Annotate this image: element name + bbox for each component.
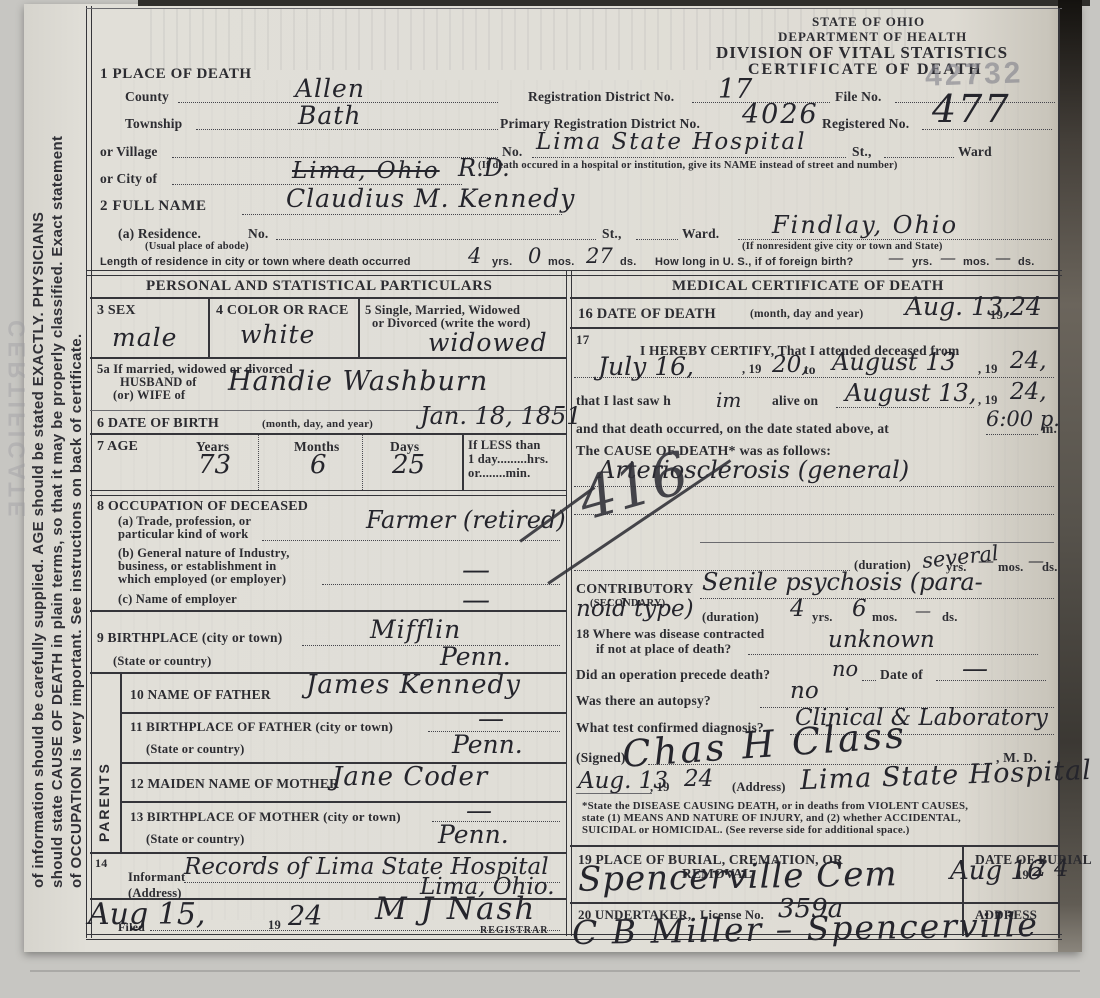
rule [276, 239, 596, 240]
mother-name-label: 12 MAIDEN NAME OF MOTHER [130, 776, 339, 792]
rule [748, 654, 1038, 655]
time-m-label: m. [1042, 421, 1057, 437]
rule [738, 239, 1052, 240]
hospital-note: (If death occured in a hospital or insti… [478, 160, 898, 171]
father-name-value: James Kennedy [306, 672, 521, 698]
us-yrs-label: yrs. [912, 256, 932, 268]
residence-value: Findlay, Ohio [772, 213, 958, 237]
father-birthplace-label: 11 BIRTHPLACE OF FATHER (city or town) [130, 719, 393, 735]
rule [532, 157, 846, 158]
margin-instruction-3: of OCCUPATION is very important. See ins… [68, 333, 85, 888]
rule [836, 407, 974, 408]
contrib-ds-label: ds. [942, 610, 958, 625]
nonresident-note: (If nonresident give city or town and St… [742, 241, 943, 252]
duration-ds-label: ds. [1042, 560, 1058, 575]
last-saw-label: that I last saw h [576, 393, 671, 409]
duration-mos-dash: — [978, 553, 994, 569]
age-months-value: 6 [310, 452, 327, 478]
age-less-label-1: If LESS than [468, 438, 541, 453]
form-left-border [86, 6, 92, 938]
rule [90, 357, 566, 359]
primary-district-value: 4026 [742, 101, 819, 128]
contrib-ds-dash: — [915, 603, 931, 619]
length-ds-value: 27 [586, 246, 613, 267]
full-name-label: 2 FULL NAME [100, 198, 207, 215]
duration-mos-label: mos. [998, 560, 1023, 575]
city-value-struck: Lima, Ohio [292, 160, 440, 183]
father-birthplace-value: — [478, 706, 504, 732]
residence-no-label: No. [248, 226, 268, 242]
birthplace-state-value: Penn. [440, 644, 511, 669]
rule [936, 680, 1046, 681]
cell-divider [258, 435, 259, 490]
rule [120, 801, 566, 803]
dod-year-printed: 19 [990, 308, 1003, 323]
rule [302, 645, 560, 646]
contracted-value: unknown [828, 629, 935, 652]
cell-divider [362, 435, 363, 490]
length-yrs-value: 4 [468, 246, 481, 267]
institution-value: Lima State Hospital [536, 131, 806, 154]
contrib-yrs-label: yrs. [812, 610, 833, 625]
registered-no-label: Registered No. [822, 116, 909, 132]
contributory-value-2: noid type) [576, 598, 694, 621]
birthplace-label: 9 BIRTHPLACE (city or town) [97, 630, 282, 646]
ds-label: ds. [620, 256, 637, 268]
us-mos-dash: — [940, 250, 956, 266]
filed-year-printed: 19 [268, 918, 281, 933]
township-value: Bath [298, 103, 361, 128]
occupation-b-label-3: which employed (or employer) [118, 572, 286, 587]
rule [576, 793, 652, 794]
place-of-death-title: 1 PLACE OF DEATH [100, 66, 252, 83]
scan-top-edge [138, 0, 1090, 6]
spouse-label-3: (or) WIFE of [113, 388, 185, 403]
registration-district-label: Registration District No. [528, 89, 674, 105]
him-value: im [716, 390, 741, 410]
rule [986, 434, 1038, 435]
village-label: or Village [100, 144, 158, 160]
contributory-value-1: Senile psychosis (para- [702, 570, 983, 594]
marital-value: widowed [428, 330, 548, 355]
operation-label: Did an operation precede death? [576, 667, 770, 683]
residence-st-label: St., [602, 226, 622, 242]
rule [636, 239, 678, 240]
rule [242, 214, 562, 215]
dob-value: Jan. 18, 1851 [420, 404, 582, 428]
yrs-label: yrs. [492, 256, 512, 268]
autopsy-label: Was there an autopsy? [576, 693, 711, 709]
registrar-signature: M J Nash [375, 894, 536, 925]
father-state-label: (State or country) [146, 742, 245, 757]
age-years-value: 73 [198, 452, 231, 478]
city-label: or City of [100, 171, 157, 187]
operation-date-value: — [962, 656, 988, 682]
signed-address-label: (Address) [732, 780, 786, 795]
operation-date-label: Date of [880, 667, 923, 683]
certify-number: 17 [576, 332, 589, 348]
rule [884, 157, 954, 158]
mother-name-value: Jane Coder [332, 764, 488, 790]
occupation-a-label-2: particular kind of work [118, 527, 248, 542]
county-label: County [125, 89, 169, 105]
father-name-label: 10 NAME OF FATHER [130, 687, 271, 703]
attended-from-date: July 16, [598, 354, 694, 379]
from-year-printed: , 19 [742, 362, 762, 377]
mos-label: mos. [548, 256, 574, 268]
saw-year-printed: , 19 [978, 393, 998, 408]
length-mos-value: 0 [528, 246, 541, 267]
form-top-border [86, 8, 1062, 9]
operation-value: no [832, 659, 858, 680]
city-rd-value: R.D. [458, 156, 510, 180]
occupation-b-value: — [462, 556, 490, 584]
township-label: Township [125, 116, 182, 132]
last-saw-date: August 13, [845, 381, 976, 405]
mother-birthplace-label: 13 BIRTHPLACE OF MOTHER (city or town) [130, 809, 401, 825]
medical-header: MEDICAL CERTIFICATE OF DEATH [672, 278, 944, 295]
footnote-line-1: *State the DISEASE CAUSING DEATH, or in … [582, 800, 968, 812]
contrib-mos-value: 6 [852, 598, 867, 621]
burial-place-value: Spencerville Cem [578, 857, 898, 897]
page-edge-shadow [1058, 0, 1082, 952]
death-certificate-scan: of information should be carefully suppl… [0, 0, 1100, 998]
rule [262, 540, 560, 541]
rule [322, 584, 560, 585]
informant-label: Informant [128, 870, 185, 885]
saw-year-value: 24, [1010, 381, 1047, 404]
residence-label: (a) Residence. [118, 226, 201, 242]
full-name-value: Claudius M. Kennedy [286, 186, 575, 211]
ward-label: Ward [958, 144, 992, 160]
us-ds-dash: — [995, 250, 1011, 266]
rule [90, 490, 566, 496]
footnote-line-3: SUICIDAL or HOMICIDAL. (See reverse side… [582, 824, 910, 836]
mother-state-value: Penn. [438, 822, 509, 847]
st-label: St., [852, 144, 872, 160]
date-of-death-label: 16 DATE OF DEATH [578, 306, 716, 323]
column-divider [566, 270, 572, 936]
autopsy-value: no [790, 680, 819, 703]
occupation-label: 8 OCCUPATION OF DECEASED [97, 499, 308, 515]
header-state: STATE OF OHIO [812, 14, 925, 30]
length-residence-label: Length of residence in city or town wher… [100, 256, 411, 268]
signed-year-printed: , 19 [650, 780, 670, 795]
abode-note: (Usual place of abode) [145, 241, 249, 252]
registered-no-value: 477 [932, 90, 1011, 128]
contrib-mos-label: mos. [872, 610, 897, 625]
parents-group-label: PARENTS [96, 692, 112, 842]
scan-bottom-line [30, 970, 1080, 972]
burial-year-value: 2 4 [1032, 858, 1069, 881]
rule [700, 598, 1054, 599]
footnote-line-2: state (1) MEANS AND NATURE OF INJURY, an… [582, 812, 961, 824]
to-year-value: 24, [1010, 350, 1047, 373]
father-state-value: Penn. [452, 732, 523, 757]
cell-divider [358, 299, 360, 357]
to-year-printed: , 19 [978, 362, 998, 377]
date-of-death-sublabel: (month, day and year) [750, 308, 863, 320]
file-no-label: File No. [835, 89, 882, 105]
contracted-label-1: 18 Where was disease contracted [576, 626, 764, 642]
residence-ward-label: Ward. [682, 226, 719, 242]
cell-divider [208, 299, 210, 357]
us-mos-label: mos. [963, 256, 989, 268]
contracted-label-2: if not at place of death? [596, 641, 731, 657]
sex-label: 3 SEX [97, 303, 136, 319]
death-occurred-label: and that death occurred, on the date sta… [576, 421, 889, 437]
age-label: 7 AGE [97, 439, 138, 455]
filed-date-value: Aug 15, [88, 900, 205, 930]
rule [700, 542, 1054, 543]
age-days-value: 25 [392, 452, 425, 478]
dob-sublabel: (month, day, and year) [262, 418, 373, 430]
occupation-c-label: (c) Name of employer [118, 592, 237, 607]
dob-label: 6 DATE OF BIRTH [97, 416, 219, 432]
filed-year-value: 24 [288, 903, 322, 930]
birthplace-state-label: (State or country) [113, 654, 212, 669]
margin-instruction-1: of information should be carefully suppl… [30, 212, 47, 888]
us-yrs-dash: — [888, 250, 904, 266]
rule [862, 680, 876, 681]
signed-label: (Signed) [576, 750, 626, 766]
rule [90, 610, 566, 612]
section-divider [86, 270, 1062, 276]
rule [570, 327, 1058, 329]
race-label: 4 COLOR OR RACE [216, 303, 349, 319]
rule [90, 297, 566, 299]
spouse-value: Handie Washburn [228, 368, 488, 395]
birthplace-value: Mifflin [370, 617, 461, 642]
contrib-duration-label: (duration) [702, 610, 759, 625]
rule [570, 845, 1058, 847]
us-length-label: How long in U. S., if of foreign birth? [655, 256, 853, 268]
mother-state-label: (State or country) [146, 832, 245, 847]
age-less-label-2: 1 day.........hrs. [468, 452, 548, 467]
undertaker-signature: C B Miller – Spencerville [572, 908, 1039, 949]
informant-number: 14 [95, 856, 107, 871]
form-right-border [1058, 8, 1060, 938]
signed-year-value: 24 [684, 768, 713, 791]
rule [90, 433, 566, 435]
attended-to-date: August 13 [832, 350, 956, 374]
registrar-label: REGISTRAR [480, 925, 548, 936]
county-value: Allen [295, 76, 365, 101]
dod-year-value: 24 [1010, 294, 1042, 319]
race-value: white [240, 322, 315, 347]
personal-header: PERSONAL AND STATISTICAL PARTICULARS [146, 278, 492, 295]
to-label: to [804, 362, 816, 378]
burial-date-value: Aug 16 [950, 858, 1044, 884]
contrib-yrs-value: 4 [790, 598, 805, 621]
burial-year-printed: 19 [1016, 868, 1029, 883]
us-ds-label: ds. [1018, 256, 1035, 268]
cell-divider [462, 435, 464, 490]
age-less-label-3: or........min. [468, 466, 530, 481]
sex-value: male [112, 325, 177, 350]
alive-on-label: alive on [772, 393, 818, 409]
bleedthrough-certificate-ghost: CERTIFICATE [4, 320, 32, 521]
margin-instruction-2: should state CAUSE OF DEATH in plain ter… [49, 136, 66, 888]
